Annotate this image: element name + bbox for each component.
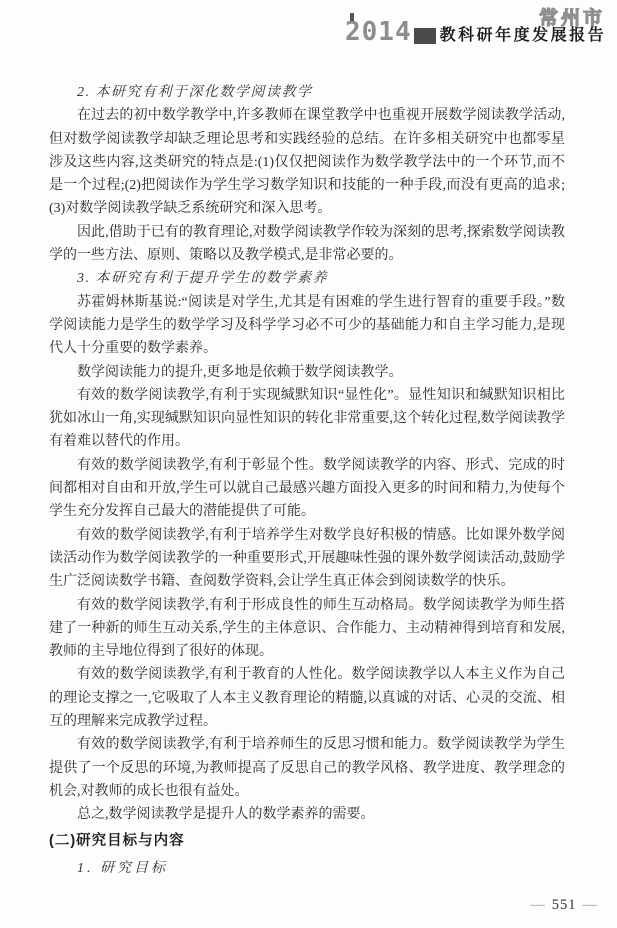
paragraph: 有效的数学阅读教学,有利于培养学生对数学良好积极的情感。比如课外数学阅读活动作为…	[49, 524, 565, 594]
paragraph: 有效的数学阅读教学,有利于实现缄默知识“显性化”。显性知识和缄默知识相比犹如冰山…	[49, 384, 565, 454]
paragraph: 因此,借助于已有的教育理论,对数学阅读教学作较为深刻的思考,探索数学阅读教学的一…	[49, 221, 565, 268]
report-logo: 2014 教科研年度发展报告	[345, 22, 606, 45]
section-heading-goals: (二)研究目标与内容	[49, 830, 565, 853]
subsection-heading-3: 3. 本研究有利于提升学生的数学素养	[49, 267, 565, 290]
report-title: 教科研年度发展报告	[440, 27, 607, 45]
paragraph: 苏霍姆林斯基说:“阅读是对学生,尤其是有困难的学生进行智育的重要手段。”数学阅读…	[49, 291, 565, 361]
page-number-dash-right: —	[577, 897, 605, 913]
subsection-heading-goal-1: 1. 研究目标	[49, 857, 565, 880]
paragraph: 有效的数学阅读教学,有利于教育的人性化。数学阅读教学以人本主义作为自己的理论支撑…	[49, 663, 565, 733]
logo-tick-mark	[350, 13, 354, 21]
page-number: 551	[552, 897, 577, 913]
paragraph: 有效的数学阅读教学,有利于形成良性的师生互动格局。数学阅读教学为师生搭建了一种新…	[49, 594, 565, 664]
paragraph: 有效的数学阅读教学,有利于彰显个性。数学阅读教学的内容、形式、完成的时间都相对自…	[49, 454, 565, 524]
paragraph: 在过去的初中数学教学中,许多教师在课堂教学中也重视开展数学阅读教学活动,但对数学…	[49, 104, 565, 220]
subsection-heading-2: 2. 本研究有利于深化数学阅读教学	[49, 81, 565, 104]
paragraph: 有效的数学阅读教学,有利于培养师生的反思习惯和能力。数学阅读教学为学生提供了一个…	[49, 733, 565, 803]
logo-year-wrap: 2014	[345, 22, 412, 45]
page-header: 常州市 2014 教科研年度发展报告	[0, 0, 617, 60]
logo-block-icon	[414, 28, 436, 44]
document-page: 常州市 2014 教科研年度发展报告 2. 本研究有利于深化数学阅读教学 在过去…	[0, 0, 617, 928]
paragraph: 数学阅读能力的提升,更多地是依赖于数学阅读教学。	[49, 361, 565, 384]
paragraph-summary: 总之,数学阅读教学是提升人的数学素养的需要。	[49, 803, 565, 826]
body-text: 2. 本研究有利于深化数学阅读教学 在过去的初中数学教学中,许多教师在课堂教学中…	[0, 81, 617, 880]
page-number-dash-left: —	[524, 897, 552, 913]
logo-year: 2014	[345, 17, 412, 47]
page-footer: —551—	[524, 897, 604, 914]
